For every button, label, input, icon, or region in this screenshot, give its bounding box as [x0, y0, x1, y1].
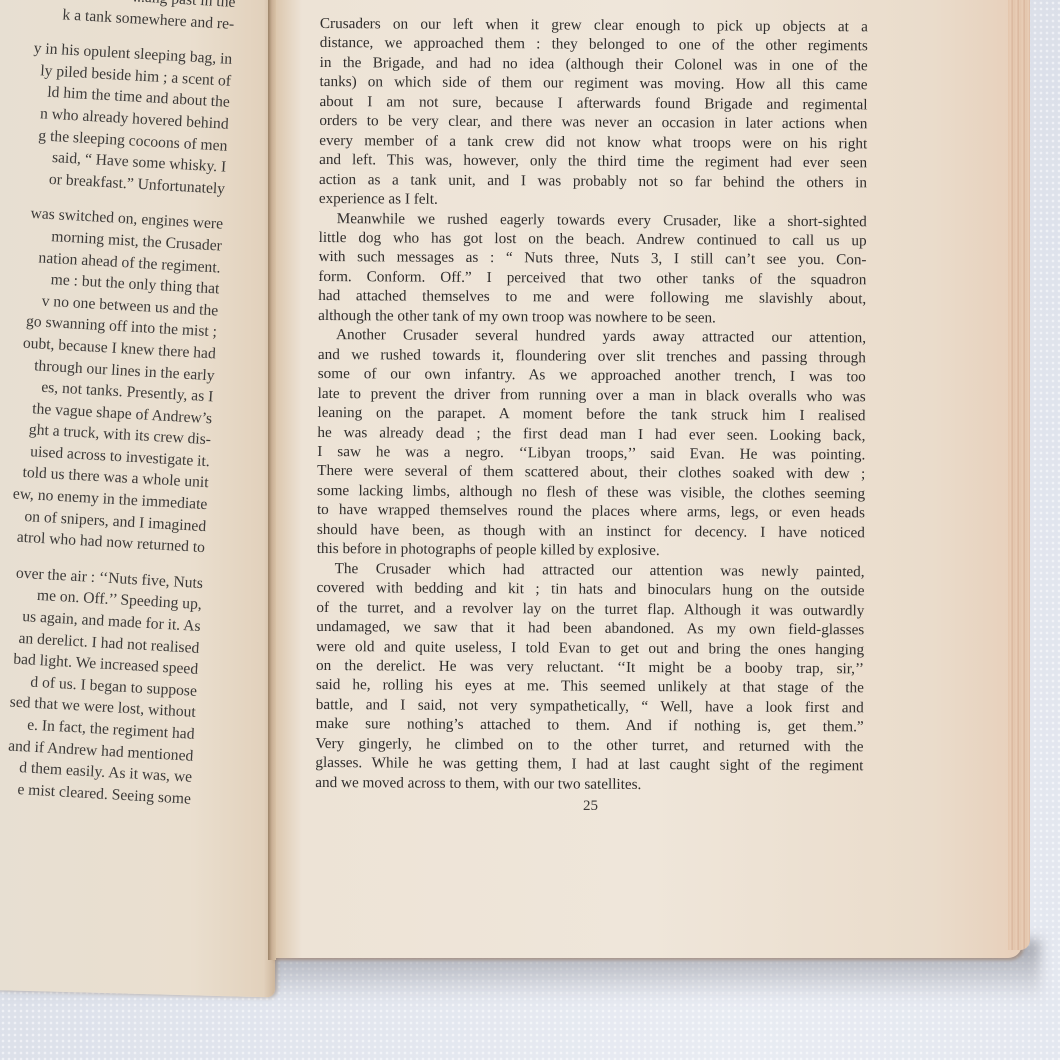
text-line: undamaged, we saw that it had been aband… — [316, 617, 864, 640]
page-stack-edge — [1008, 0, 1030, 950]
text-line: leaning on the parapet. A moment before … — [318, 403, 866, 426]
text-line: and we moved across to them, with our tw… — [315, 773, 863, 796]
right-page-text: Crusaders on our left when it grew clear… — [315, 14, 868, 795]
text-line: experience as I felt. — [319, 189, 867, 212]
book-gutter — [268, 0, 276, 960]
page-number: 25 — [583, 798, 598, 815]
